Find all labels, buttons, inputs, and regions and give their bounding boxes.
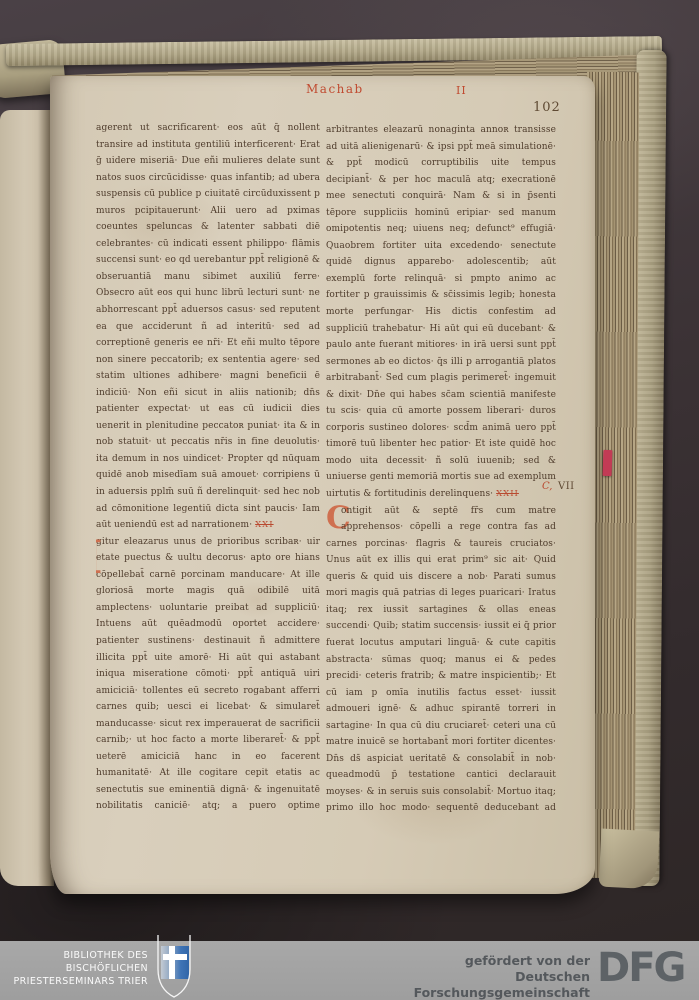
drop-cap-initial-I: I xyxy=(96,535,103,579)
folio-number: 102 xyxy=(533,100,561,115)
left-column-text-2: gitur eleazarus unus de prioribus scriba… xyxy=(96,537,320,814)
dfg-credit-line2: Deutschen Forschungsgemeinschaft xyxy=(360,969,590,1000)
margin-chapter-number: VII xyxy=(558,481,575,492)
margin-paraph-mark: C, xyxy=(542,481,552,492)
library-name-line3: PRIESTERSEMINARS TRIER xyxy=(0,975,148,988)
book-bottom-right-corner xyxy=(599,829,660,890)
library-shield-logo-icon xyxy=(150,933,198,1000)
text-column-right: arbitrantes eleazarū nonaginta annoʀ tra… xyxy=(326,122,556,818)
manuscript-scan: Machab II 102 agerent ut sacrificarent· … xyxy=(0,0,699,1000)
footer-band: BIBLIOTHEK DES BISCHÖFLICHEN PRIESTERSEM… xyxy=(0,941,699,1000)
manuscript-page: Machab II 102 agerent ut sacrificarent· … xyxy=(50,76,595,894)
running-title: Machab xyxy=(306,82,364,96)
chapter-mark-struck-left: XXI xyxy=(255,520,273,530)
drop-cap-initial-C: C xyxy=(326,503,339,535)
library-name-line2: BISCHÖFLICHEN xyxy=(0,962,148,975)
right-column-paragraph-2: Contigit aūt & septē fr̄s cum matre appr… xyxy=(326,503,556,818)
dfg-credit: gefördert von der Deutschen Forschungsge… xyxy=(360,953,590,1000)
dfg-logo: DFG xyxy=(597,945,695,991)
chapter-mark-struck-right: XXII xyxy=(496,489,519,499)
left-column-text-1: agerent ut sacrificarent· eos aūt q̄ nol… xyxy=(96,123,320,530)
right-column-paragraph-1: arbitrantes eleazarū nonaginta annoʀ tra… xyxy=(326,122,556,503)
right-column-text-2: ontigit aūt & septē fr̄s cum matre appre… xyxy=(326,506,556,818)
library-name-line1: BIBLIOTHEK DES xyxy=(0,949,148,962)
pink-bookmark-tab xyxy=(603,450,613,476)
text-column-left: agerent ut sacrificarent· eos aūt q̄ nol… xyxy=(96,120,320,814)
left-column-paragraph-2: Igitur eleazarus unus de prioribus scrib… xyxy=(96,534,320,814)
dfg-credit-line1: gefördert von der xyxy=(360,953,590,969)
right-column-text-1: arbitrantes eleazarū nonaginta annoʀ tra… xyxy=(326,125,556,499)
facing-page-sliver xyxy=(0,110,54,886)
left-column-paragraph-1: agerent ut sacrificarent· eos aūt q̄ nol… xyxy=(96,120,320,534)
book-number-roman: II xyxy=(456,84,467,97)
library-name: BIBLIOTHEK DES BISCHÖFLICHEN PRIESTERSEM… xyxy=(0,949,148,988)
